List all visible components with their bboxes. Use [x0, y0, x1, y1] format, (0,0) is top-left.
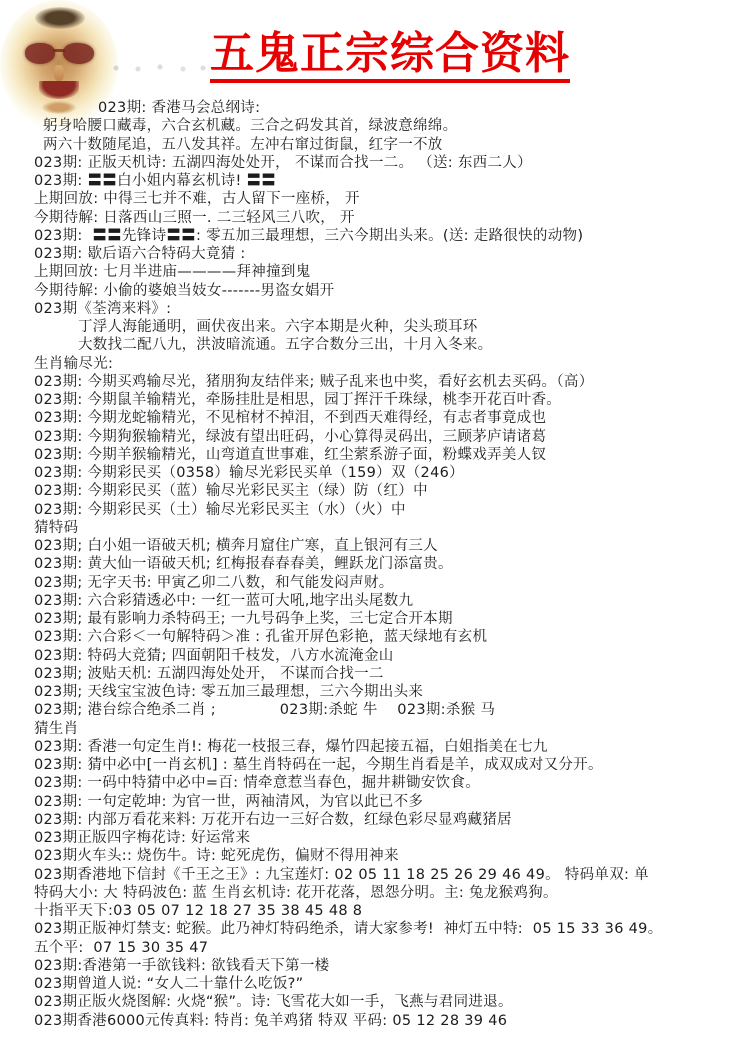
text-line: 猜特码: [34, 519, 730, 537]
text-line: 023期正版神灯禁支: 蛇猴。此乃神灯特码绝杀，请大家参考! 神灯五中特: 05…: [34, 920, 730, 938]
text-line: 023期: 一码中特猜中必中=百: 情牵意惹当春色，掘井耕锄安饮食。: [34, 774, 730, 792]
text-line: 上期回放: 七月半进庙————拜神撞到鬼: [34, 263, 730, 281]
text-line: 023期正版火烧图解: 火烧“猴”。诗: 飞雪花大如一手，飞燕与君同进退。: [34, 993, 730, 1011]
text-line: 五个平: 07 15 30 35 47: [34, 939, 730, 957]
text-line: 023期: 今期彩民买（土）输尽光彩民买主（水）（火）中: [34, 501, 730, 519]
text-line: 023期; 无字天书: 甲寅乙卯二八数，和气能发闷声财。: [34, 574, 730, 592]
text-line: 023期: 今期买鸡输尽光，猪朋狗友结伴来; 贼子乱来也中奖，看好玄机去买码。（…: [34, 373, 730, 391]
text-line: 023期正版四字梅花诗: 好运常来: [34, 829, 730, 847]
text-line: 023期: 内部万看花来料: 万花开右边一三好合数，红绿色彩尽显鸡藏猪居: [34, 811, 730, 829]
portrait-smile: [39, 81, 79, 99]
text-line: 023期: 今期彩民买（蓝）输尽光彩民买主（绿）防（红）中: [34, 482, 730, 500]
page-header: 五鬼正宗综合资料: [0, 0, 736, 100]
text-line: 023期: 六合彩猜透必中: 一红一蓝可大吼,地字出头尾数九: [34, 592, 730, 610]
page-title: 五鬼正宗综合资料: [210, 30, 570, 83]
text-line: 023期: 特码大竞猜; 四面朝阳千枝发，八方水流淹金山: [34, 647, 730, 665]
text-line: 十指平天下:03 05 07 12 18 27 35 38 45 48 8: [34, 902, 730, 920]
text-line: 023期; 白小姐一语破天机; 横奔月窟住广寒，直上银河有三人: [34, 537, 730, 555]
portrait-hair: [35, 7, 85, 29]
text-line: 023期: 今期狗猴输精光，绿波有望出旺码，小心算得灵码出，三顾茅庐请诸葛: [34, 428, 730, 446]
text-line: 023期火车头:: 烧伤牛。诗: 蛇死虎伤，偏财不得用神来: [34, 847, 730, 865]
text-line: 023期香港6000元传真料: 特肖: 兔羊鸡猪 特双 平码: 05 12 28…: [34, 1012, 730, 1030]
text-line: 023期: 六合彩＜一句解特码＞准 : 孔雀开屏色彩艳，蓝天绿地有玄机: [34, 628, 730, 646]
text-line: 今期待解: 小偷的婆娘当妓女-------男盗女娼开: [34, 282, 730, 300]
text-line: 生肖输尽光:: [34, 355, 730, 373]
text-line: 023期: 一句定乾坤: 为官一世，两袖清风，为官以此已不多: [34, 793, 730, 811]
sunglasses-bridge: [53, 49, 65, 52]
text-line: 023期; 天线宝宝波色诗: 零五加三最理想，三六今期出头来: [34, 683, 730, 701]
text-line: 023期: 〓〓先锋诗〓〓: 零五加三最理想，三六今期出头来。(送: 走路很快的…: [34, 227, 730, 245]
text-line: 今期待解: 日落西山三照一. 二三轻风三八吹， 开: [34, 209, 730, 227]
text-line: 上期回放: 中得三七并不难，古人留下一座桥， 开: [34, 190, 730, 208]
text-line: 023期; 港台综合绝杀二肖 ; 023期:杀蛇 牛 023期:杀猴 马: [34, 701, 730, 719]
text-line: 023期: 今期彩民买（0358）输尽光彩民买单（159）双（246）: [34, 464, 730, 482]
text-line: 023期; 最有影响力杀特码王; 一九号码争上奖，三七定合开本期: [34, 610, 730, 628]
text-line: 023期: 香港马会总纲诗:: [98, 99, 730, 117]
text-line: 猜生肖: [34, 720, 730, 738]
text-line: 特码大小: 大 特码波色: 蓝 生肖玄机诗: 花开花落，恩怨分明。主: 兔龙猴鸡…: [34, 884, 730, 902]
text-line: 023期: 今期鼠羊输精光，牵肠挂肚是相思，园丁挥汗千珠绿，桃李开花百叶香。: [34, 391, 730, 409]
text-line: 023期: 今期羊猴输精光，山弯道直世事难，红尘萦系游子面，粉蝶戏弄美人钗: [34, 446, 730, 464]
text-line: 023期香港地下信封《千王之王》: 九宝莲灯: 02 05 11 18 25 2…: [34, 866, 730, 884]
text-line: 023期: 猜中必中[一肖玄机] : 墓生肖特码在一起，今期生肖看是羊，成双成对…: [34, 756, 730, 774]
text-line: 023期: 正版天机诗: 五湖四海处处开， 不谋而合找一二。 （送: 东西二人）: [34, 154, 730, 172]
text-line: 两六十数随尾追，五八发其祥。左冲右窜过街鼠，红字一不放: [43, 136, 730, 154]
text-line: 023期: 今期龙蛇输精光，不见棺材不掉泪，不到西天难得经，有志者事竟成也: [34, 409, 730, 427]
text-line: 023期; 波贴天机: 五湖四海处处开， 不谋而合找一二: [34, 665, 730, 683]
sunglasses-left-lens-icon: [25, 43, 56, 64]
text-line: 023期: 香港一句定生肖!: 梅花一枝报三春，爆竹四起接五福，白姐指美在七九: [34, 738, 730, 756]
text-line: 023期:香港第一手欲钱料: 欲钱看天下第一楼: [34, 957, 730, 975]
text-line: 023期《荃湾来料》:: [34, 300, 730, 318]
text-line: 躬身哈腰口藏毒，六合玄机藏。三合之码发其首，绿波意绵绵。: [43, 117, 730, 135]
text-line: 丁浮人海能通明，画伏夜出来。六字本期是火种，尖头琐耳环: [78, 318, 730, 336]
text-line: 大数找二配八九，洪波暗流通。五字合数分三出，十月入冬来。: [78, 336, 730, 354]
text-line: 023期: 黄大仙一语破天机; 红梅报春春春美，鲤跃龙门添富贵。: [34, 555, 730, 573]
text-line: 023期: 〓〓白小姐内幕玄机诗! 〓〓: [34, 172, 730, 190]
text-line: 023期曾道人说: “女人二十靠什么吃饭?”: [34, 975, 730, 993]
portrait-nose: [54, 65, 63, 81]
text-line: 023期: 歇后语六合特码大竟猜 :: [34, 245, 730, 263]
lottery-info-sheet: 五鬼正宗综合资料 023期: 香港马会总纲诗:躬身哈腰口藏毒，六合玄机藏。三合之…: [0, 0, 736, 1037]
content-lines: 023期: 香港马会总纲诗:躬身哈腰口藏毒，六合玄机藏。三合之码发其首，绿波意绵…: [0, 99, 736, 1030]
print-smudge-artifact: [108, 62, 208, 74]
sunglasses-right-lens-icon: [62, 42, 94, 64]
